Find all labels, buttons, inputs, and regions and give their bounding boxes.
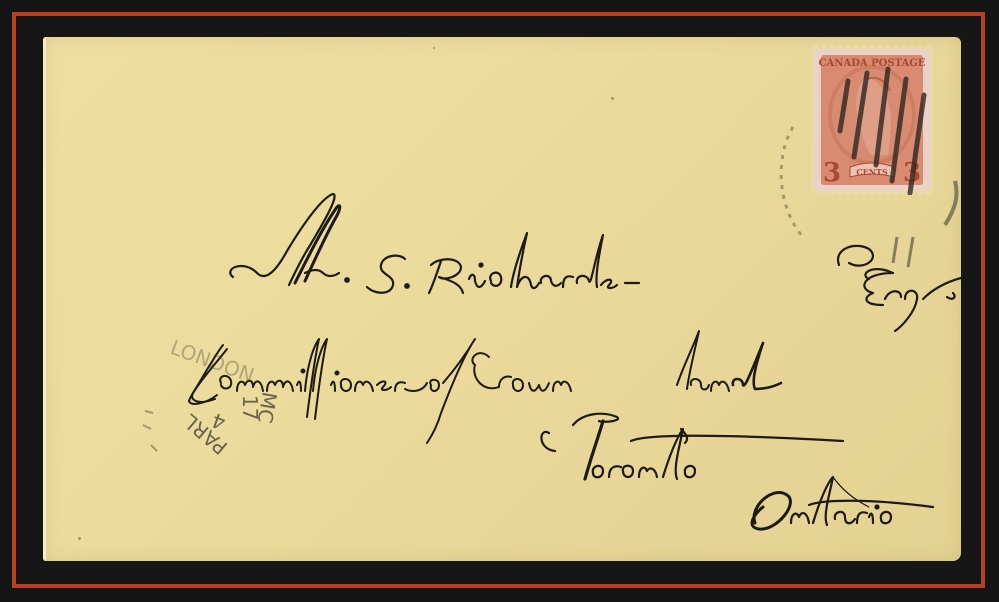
postmark: LONDON MC 17 PARL 4 <box>123 295 293 475</box>
envelope: CANADA POSTAGE 3 3 CENTS <box>43 37 961 561</box>
postmark-day: 17 <box>238 395 262 420</box>
postmark-top-text: LONDON <box>167 335 257 387</box>
postmark-partial: 4 <box>209 408 229 435</box>
